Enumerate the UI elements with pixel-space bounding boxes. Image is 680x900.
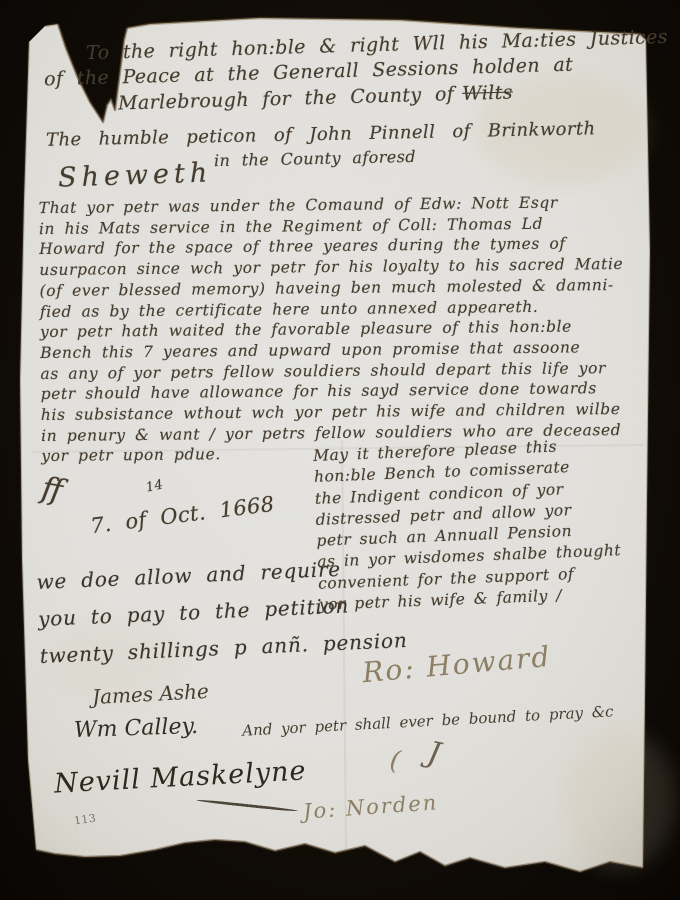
order-text: we doe allow and require you to pay to t… bbox=[36, 548, 409, 675]
sheweth-word: Sheweth bbox=[58, 157, 213, 193]
petition-body: That yor petr was under the Comaund of E… bbox=[39, 192, 626, 467]
photograph-background: To the right hon:ble & right Wll his Ma:… bbox=[0, 0, 680, 900]
signature-calley: Wm Calley. bbox=[74, 714, 199, 743]
county-struck-word: Wilts bbox=[462, 81, 513, 104]
